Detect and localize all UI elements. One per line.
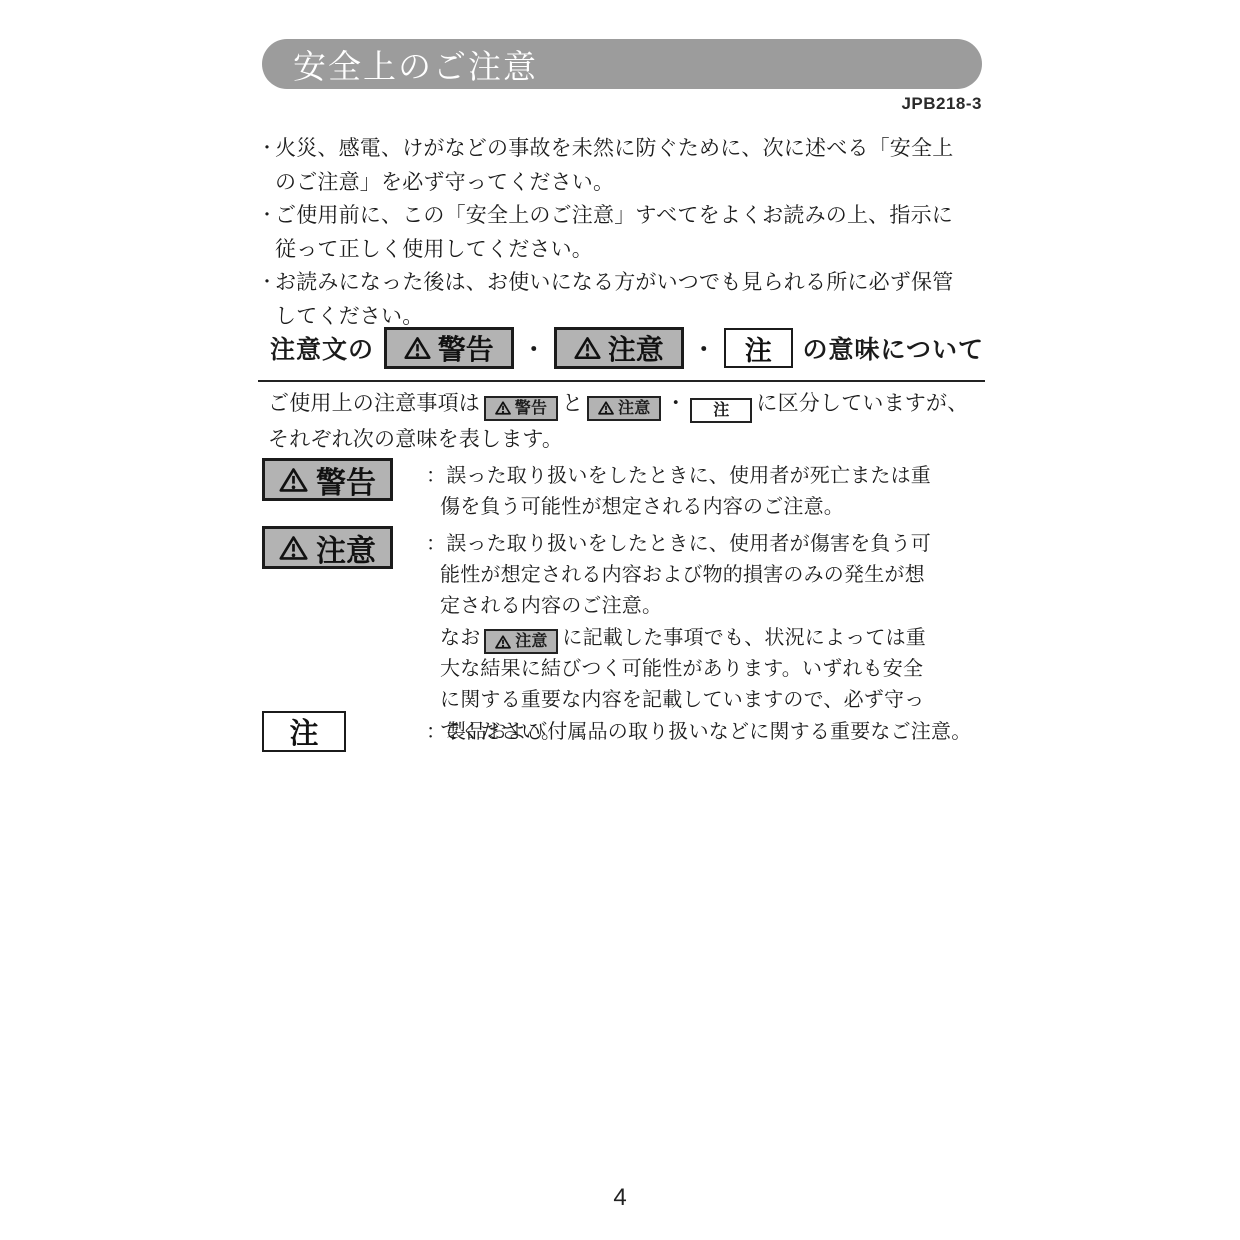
- caution-note-prefix: なお: [440, 627, 480, 649]
- definition-text: ：製品および付属品の取り扱いなどに関する重要なご注意。: [426, 717, 1006, 752]
- inline-warning-badge: 警告: [484, 396, 558, 421]
- note-badge-label: 注: [289, 711, 318, 752]
- categorize-paragraph: ご使用上の注意事項は警告と注意・注に区分していますが、それぞれ次の意味を表します…: [268, 387, 984, 456]
- bullet-text: お読みになった後は、お使いになる方がいつでも見られる所に必ず保管してください。: [275, 266, 970, 333]
- intro-bullet-list: ・ 火災、感電、けがなどの事故を未然に防ぐために、次に述べる「安全上のご注意」を…: [258, 132, 970, 333]
- warning-badge-label: 警告: [438, 328, 494, 368]
- heading-suffix: の意味について: [803, 330, 985, 366]
- note-badge-label: 注: [745, 329, 772, 368]
- inline-caution-label: 注意: [515, 626, 547, 657]
- separator-dot: ・: [523, 333, 545, 364]
- warning-badge-label: 警告: [316, 458, 376, 502]
- warning-triangle-icon: [279, 535, 308, 561]
- caution-definition: ：誤った取り扱いをしたときに、使用者が傷害を負う可能性が想定される内容および物的…: [426, 529, 942, 623]
- page-number: 4: [0, 1184, 1240, 1212]
- bullet-item: ・ ご使用前に、この「安全上のご注意」すべてをよくお読みの上、指示に従って正しく…: [258, 199, 970, 266]
- section-divider: [258, 380, 985, 382]
- bullet-marker: ・: [258, 199, 275, 266]
- bullet-text: ご使用前に、この「安全上のご注意」すべてをよくお読みの上、指示に従って正しく使用…: [275, 199, 970, 266]
- categorize-separator: ・: [665, 392, 686, 415]
- note-definition: ：製品および付属品の取り扱いなどに関する重要なご注意。: [426, 717, 1006, 748]
- section-header-bar: 安全上のご注意: [262, 39, 982, 89]
- definition-text: ：誤った取り扱いをしたときに、使用者が死亡または重傷を負う可能性が想定される内容…: [426, 461, 942, 523]
- note-badge: 注: [262, 711, 346, 752]
- bullet-item: ・ お読みになった後は、お使いになる方がいつでも見られる所に必ず保管してください…: [258, 266, 970, 333]
- meaning-heading: 注意文の 警告 ・ 注意 ・ 注 の意味について: [270, 325, 984, 371]
- note-badge: 注: [724, 328, 793, 368]
- inline-note-badge: 注: [690, 398, 752, 423]
- caution-badge: 注意: [554, 327, 684, 369]
- inline-caution-label: 注意: [618, 392, 650, 425]
- categorize-conjunction: と: [562, 392, 583, 415]
- caution-badge-label: 注意: [316, 526, 376, 570]
- warning-triangle-icon: [598, 401, 614, 415]
- inline-note-label: 注: [713, 394, 729, 427]
- warning-badge: 警告: [384, 327, 514, 369]
- bullet-marker: ・: [258, 266, 275, 333]
- warning-triangle-icon: [495, 635, 511, 649]
- warning-triangle-icon: [574, 336, 601, 360]
- inline-caution-badge: 注意: [484, 629, 558, 654]
- heading-prefix: 注意文の: [270, 330, 374, 366]
- inline-warning-label: 警告: [515, 392, 547, 425]
- warning-triangle-icon: [495, 401, 511, 415]
- inline-caution-badge: 注意: [587, 396, 661, 421]
- caution-badge: 注意: [262, 526, 393, 569]
- warning-triangle-icon: [279, 467, 308, 493]
- bullet-marker: ・: [258, 132, 275, 199]
- caution-badge-label: 注意: [608, 328, 664, 368]
- model-number: JPB218-3: [262, 94, 982, 114]
- definition-row-note: 注 ：製品および付属品の取り扱いなどに関する重要なご注意。: [262, 711, 1006, 752]
- bullet-item: ・ 火災、感電、けがなどの事故を未然に防ぐために、次に述べる「安全上のご注意」を…: [258, 132, 970, 199]
- warning-triangle-icon: [404, 336, 431, 360]
- separator-dot: ・: [693, 333, 715, 364]
- categorize-part2: に区分していますが、: [756, 392, 968, 415]
- page-title: 安全上のご注意: [293, 41, 538, 88]
- categorize-part1: ご使用上の注意事項は: [268, 392, 480, 415]
- manual-page: 安全上のご注意 JPB218-3 ・ 火災、感電、けがなどの事故を未然に防ぐため…: [0, 0, 1240, 1240]
- categorize-line2: それぞれ次の意味を表します。: [268, 428, 563, 451]
- warning-definition: ：誤った取り扱いをしたときに、使用者が死亡または重傷を負う可能性が想定される内容…: [426, 461, 942, 523]
- definition-row-warning: 警告 ：誤った取り扱いをしたときに、使用者が死亡または重傷を負う可能性が想定され…: [262, 458, 942, 523]
- bullet-text: 火災、感電、けがなどの事故を未然に防ぐために、次に述べる「安全上のご注意」を必ず…: [275, 132, 970, 199]
- warning-badge: 警告: [262, 458, 393, 501]
